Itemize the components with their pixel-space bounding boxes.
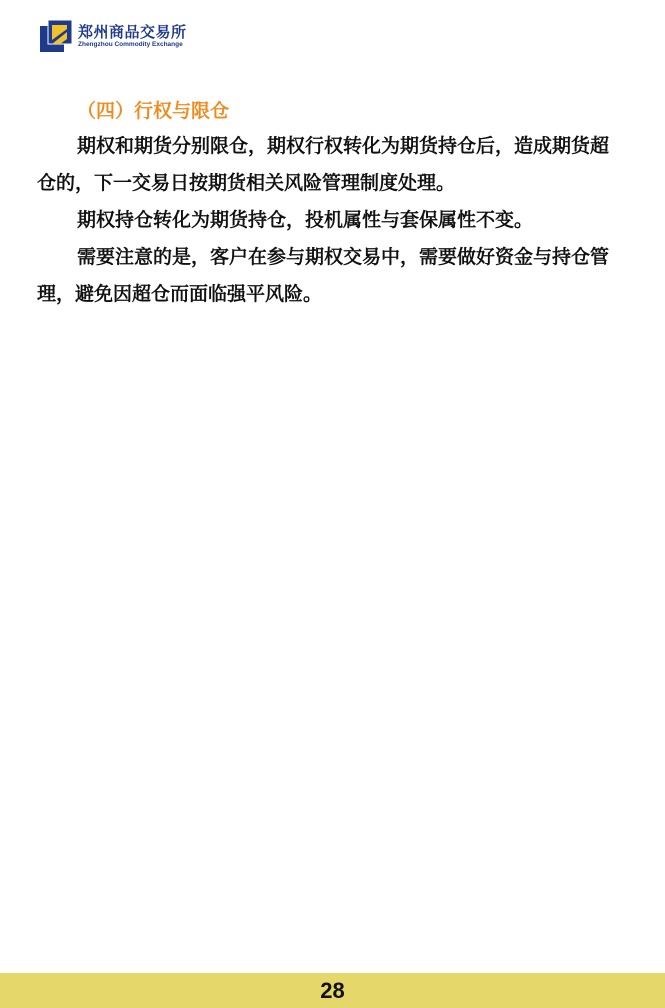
footer-bar: 28 [0,973,665,1008]
paragraph-2: 期权持仓转化为期货持仓，投机属性与套保属性不变。 [37,202,627,239]
logo-english-name: Zhengzhou Commodity Exchange [78,41,187,49]
section-title: （四）行权与限仓 [77,96,229,123]
exchange-logo: 郑州商品交易所 Zhengzhou Commodity Exchange [40,20,187,52]
page-number: 28 [320,978,344,1004]
logo-chinese-name: 郑州商品交易所 [78,24,187,41]
paragraph-1: 期权和期货分别限仓，期权行权转化为期货持仓后，造成期货超仓的，下一交易日按期货相… [37,128,627,202]
logo-mark-icon [40,20,72,52]
paragraph-3: 需要注意的是，客户在参与期权交易中，需要做好资金与持仓管理，避免因超仓而面临强平… [37,239,627,313]
